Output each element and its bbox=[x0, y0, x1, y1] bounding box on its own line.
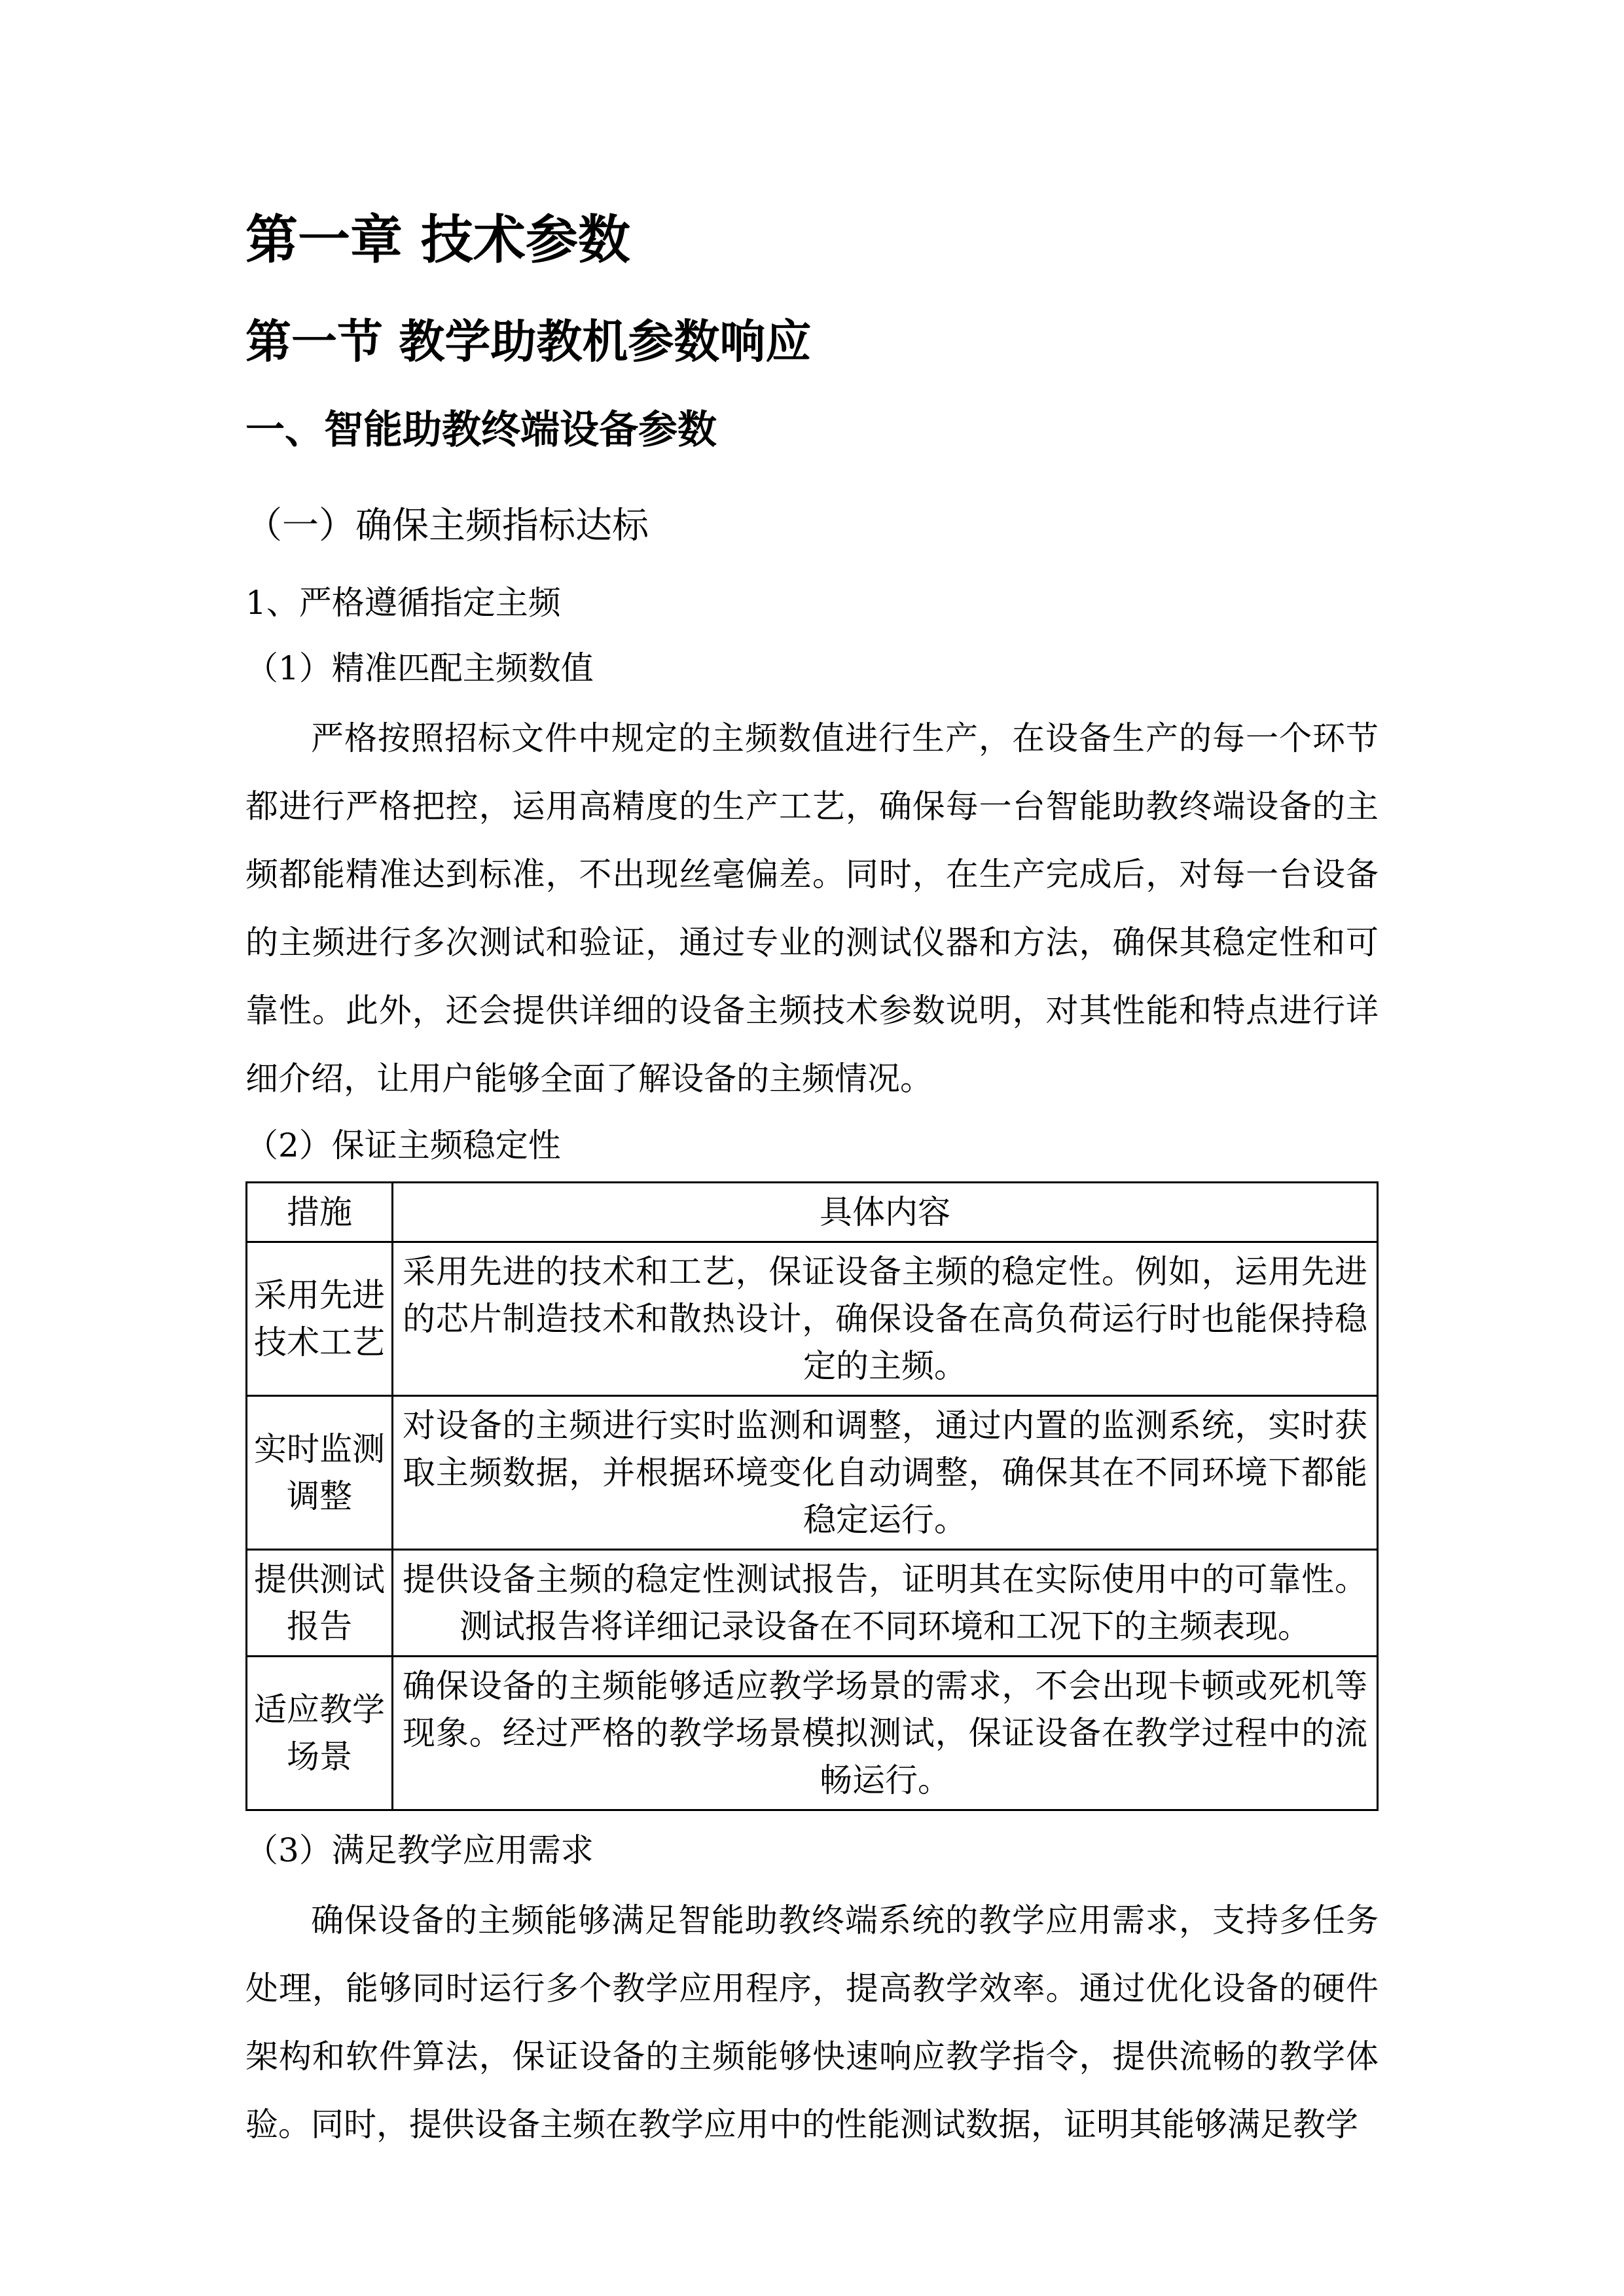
table-row: 实时监测调整 对设备的主频进行实时监测和调整，通过内置的监测系统，实时获取主频数… bbox=[247, 1395, 1378, 1549]
content-cell: 确保设备的主频能够适应教学场景的需求，不会出现卡顿或死机等现象。经过严格的教学场… bbox=[393, 1656, 1378, 1810]
item-heading-1: （一）确保主频指标达标 bbox=[245, 505, 1379, 547]
content-cell: 采用先进的技术和工艺，保证设备主频的稳定性。例如，运用先进的芯片制造技术和散热设… bbox=[393, 1242, 1378, 1395]
stability-measures-table: 措施 具体内容 采用先进技术工艺 采用先进的技术和工艺，保证设备主频的稳定性。例… bbox=[245, 1181, 1379, 1811]
measure-cell: 适应教学场景 bbox=[247, 1656, 393, 1810]
table-row: 采用先进技术工艺 采用先进的技术和工艺，保证设备主频的稳定性。例如，运用先进的芯… bbox=[247, 1242, 1378, 1395]
subsection-heading: 一、智能助教终端设备参数 bbox=[245, 408, 1379, 453]
sub-item-heading-3: （3）满足教学应用需求 bbox=[245, 1831, 1379, 1870]
table-header-content: 具体内容 bbox=[393, 1182, 1378, 1242]
table-row: 适应教学场景 确保设备的主频能够适应教学场景的需求，不会出现卡顿或死机等现象。经… bbox=[247, 1656, 1378, 1810]
content-cell: 对设备的主频进行实时监测和调整，通过内置的监测系统，实时获取主频数据，并根据环境… bbox=[393, 1395, 1378, 1549]
content-cell: 提供设备主频的稳定性测试报告，证明其在实际使用中的可靠性。测试报告将详细记录设备… bbox=[393, 1549, 1378, 1656]
section-heading: 第一节 教学助教机参数响应 bbox=[245, 315, 1379, 368]
measure-cell: 采用先进技术工艺 bbox=[247, 1242, 393, 1395]
numbered-heading-1: 1、严格遵循指定主频 bbox=[245, 583, 1379, 622]
paragraph-1: 严格按照招标文件中规定的主频数值进行生产，在设备生产的每一个环节都进行严格把控，… bbox=[245, 704, 1379, 1113]
document-page: 第一章 技术参数 第一节 教学助教机参数响应 一、智能助教终端设备参数 （一）确… bbox=[0, 0, 1624, 2296]
sub-item-heading-2: （2）保证主频稳定性 bbox=[245, 1126, 1379, 1165]
table-row: 提供测试报告 提供设备主频的稳定性测试报告，证明其在实际使用中的可靠性。测试报告… bbox=[247, 1549, 1378, 1656]
chapter-heading: 第一章 技术参数 bbox=[245, 209, 1379, 270]
paragraph-2: 确保设备的主频能够满足智能助教终端系统的教学应用需求，支持多任务处理，能够同时运… bbox=[245, 1886, 1379, 2159]
table-header-row: 措施 具体内容 bbox=[247, 1182, 1378, 1242]
sub-item-heading-1: （1）精准匹配主频数值 bbox=[245, 649, 1379, 688]
measure-cell: 提供测试报告 bbox=[247, 1549, 393, 1656]
table-header-measure: 措施 bbox=[247, 1182, 393, 1242]
measure-cell: 实时监测调整 bbox=[247, 1395, 393, 1549]
